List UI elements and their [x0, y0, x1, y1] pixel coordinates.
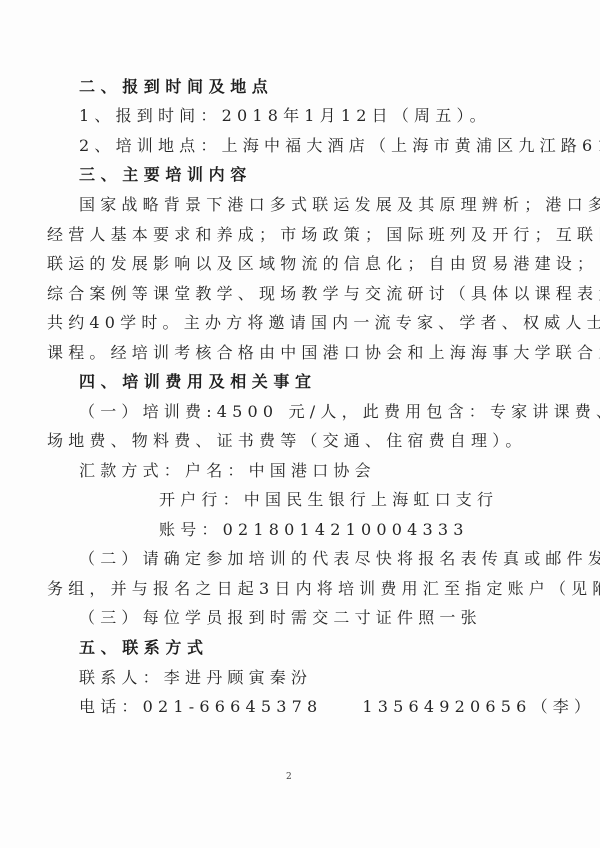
content-line: 共约40学时。主办方将邀请国内一流专家、学者、权威人士主讲相关 — [47, 313, 600, 333]
registration-instruction: 务组，并与报名之日起3日内将培训费用汇至指定账户（见附件） — [47, 579, 600, 599]
remit-account-number: 账号：0218014210004333 — [159, 520, 469, 540]
document-page: 二、报到时间及地点 1、报到时间：2018年1月12日（周五）。 2、培训地点：… — [0, 0, 600, 848]
section-heading-contact: 五、联系方式 — [79, 638, 209, 658]
content-line: 经营人基本要求和养成；市场政策；国际班列及开行；互联网对多式 — [47, 225, 600, 245]
page-number: 2 — [286, 772, 292, 782]
contact-phone-row: 电话：021-6664537813564920656（李） — [79, 697, 595, 717]
section-heading-registration: 二、报到时间及地点 — [79, 77, 273, 97]
training-location: 2、培训地点：上海中福大酒店（上海市黄浦区九江路619号）。 — [79, 136, 600, 156]
remit-bank: 开户行：中国民生银行上海虹口支行 — [159, 490, 498, 510]
fee-line: （一）培训费:4500 元/人，此费用包含：专家讲课费、资料费、 — [79, 402, 600, 422]
contact-mobile: 13564920656（李） — [362, 697, 595, 716]
photo-requirement: （三）每位学员报到时需交二寸证件照一张 — [79, 608, 482, 628]
section-heading-content: 三、主要培训内容 — [79, 165, 252, 185]
contact-person: 联系人：李进丹顾寅秦汾 — [79, 668, 312, 688]
section-heading-fees: 四、培训费用及相关事宜 — [79, 372, 317, 392]
content-line: 联运的发展影响以及区域物流的信息化；自由贸易港建设；口岸监管； — [47, 254, 600, 274]
content-line: 国家战略背景下港口多式联运发展及其原理辨析；港口多式联运 — [79, 195, 600, 215]
fee-line: 场地费、物料费、证书费等（交通、住宿费自理）。 — [47, 431, 527, 451]
registration-time: 1、报到时间：2018年1月12日（周五）。 — [79, 106, 491, 126]
content-line: 综合案例等课堂教学、现场教学与交流研讨（具体以课程表为准）， — [47, 284, 600, 304]
registration-instruction: （二）请确定参加培训的代表尽快将报名表传真或邮件发送至教 — [79, 549, 600, 569]
remit-account-name: 汇款方式：户名：中国港口协会 — [79, 461, 376, 481]
contact-phone: 电话：021-66645378 — [79, 697, 322, 716]
content-line: 课程。经培训考核合格由中国港口协会和上海海事大学联合发证。 — [47, 343, 600, 363]
